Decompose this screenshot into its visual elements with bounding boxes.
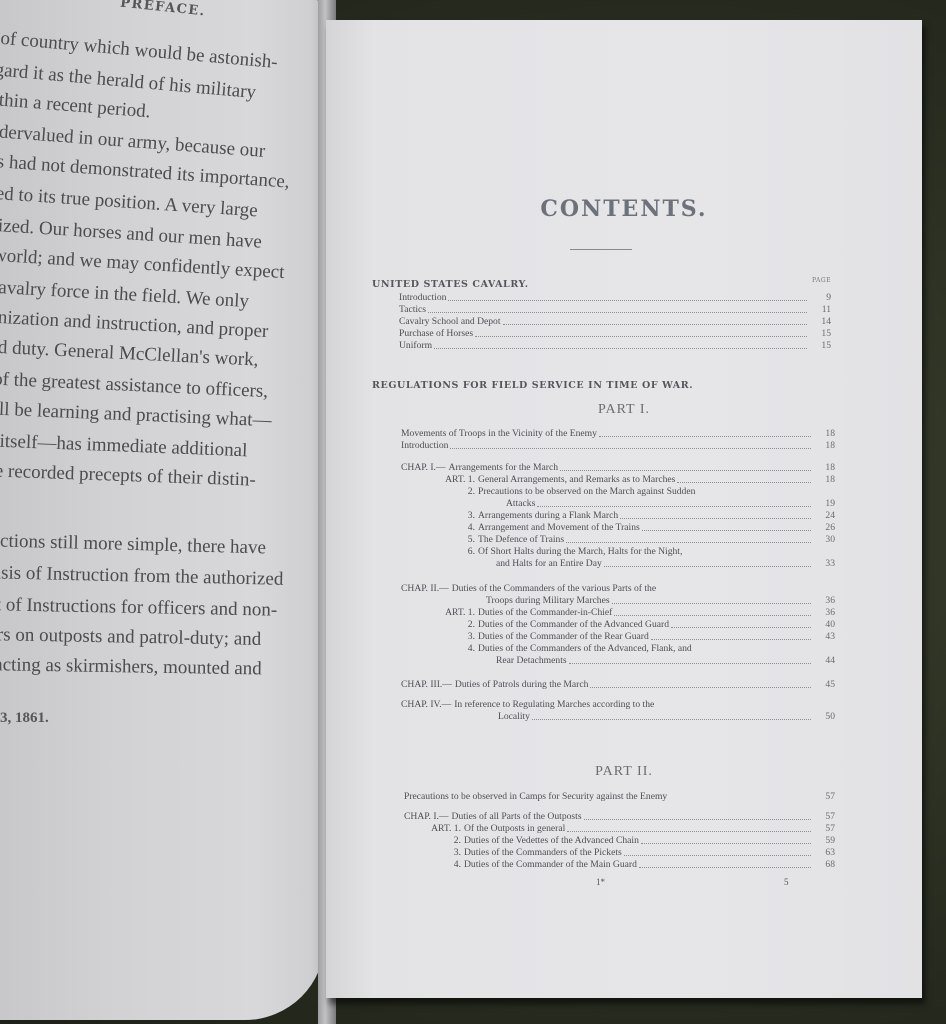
- preface-line: Basis of Instruction from the authorized: [0, 562, 284, 591]
- toc-entry-chapter: CHAP. I.—Duties of all Parts of the Outp…: [404, 811, 813, 822]
- toc-entry: Movements of Troops in the Vicinity of t…: [401, 428, 813, 439]
- toc-entry: Tactics11: [399, 304, 809, 315]
- toc-entry-chapter: CHAP. I.—Arrangements for the March18: [401, 462, 813, 473]
- preface-line: in itself—has immediate additional: [0, 430, 248, 462]
- preface-date: 3, 1861.: [0, 710, 49, 727]
- toc-entry: Precautions to be observed in Camps for …: [404, 791, 813, 802]
- toc-entry-continuation: and Halts for an Entire Day33: [496, 558, 813, 569]
- right-page-contents: CONTENTS. UNITED STATES CAVALRY. PAGE In…: [326, 20, 922, 998]
- part-heading: PART I.: [326, 402, 922, 418]
- toc-entry-chapter: CHAP. III.—Duties of Patrols during the …: [401, 679, 813, 690]
- table-of-contents: UNITED STATES CAVALRY. PAGE Introduction…: [326, 20, 922, 998]
- preface-line: y acting as skirmishers, mounted and: [0, 654, 262, 680]
- toc-entry-chapter: CHAP. IV.—In reference to Regulating Mar…: [401, 699, 813, 710]
- preface-line: l cavalry force in the field. We only: [0, 276, 249, 313]
- preface-line: within a recent period.: [0, 88, 151, 123]
- toc-entry-article: 2.Duties of the Commander of the Advance…: [426, 619, 813, 630]
- toc-entry-continuation: Locality50: [498, 711, 813, 722]
- toc-entry-continuation: Attacks19: [506, 498, 813, 509]
- preface-line: will be learning and practising what—: [0, 398, 272, 432]
- preface-line: the recorded precepts of their distin-: [0, 460, 256, 492]
- section-heading: REGULATIONS FOR FIELD SERVICE IN TIME OF…: [372, 380, 693, 391]
- toc-entry-article: ART. 1.Of the Outposts in general57: [431, 823, 813, 834]
- toc-entry: Cavalry School and Depot14: [399, 316, 809, 327]
- toc-entry-article: ART. 1.General Arrangements, and Remarks…: [426, 474, 813, 485]
- toc-entry-continuation: Troops during Military Marches36: [486, 595, 813, 606]
- section-heading: UNITED STATES CAVALRY.: [372, 279, 529, 290]
- page-number: 5: [784, 877, 789, 887]
- page-column-label: PAGE: [812, 277, 831, 284]
- preface-line: irections still more simple, there have: [0, 530, 266, 559]
- toc-entry-article: 3.Arrangements during a Flank March24: [426, 510, 813, 521]
- toc-entry-article: 2.Precautions to be observed on the Marc…: [426, 486, 813, 497]
- toc-entry-article: 5.The Defence of Trains30: [426, 534, 813, 545]
- signature-mark: 1*: [596, 877, 605, 887]
- toc-entry-article: 4.Duties of the Commander of the Main Gu…: [431, 859, 813, 870]
- preface-line: and duty. General McClellan's work,: [0, 336, 259, 372]
- toc-entry-article: 6.Of Short Halts during the March, Halts…: [426, 546, 813, 557]
- toc-entry-article: 3.Duties of the Commanders of the Picket…: [431, 847, 813, 858]
- toc-entry: Purchase of Horses15: [399, 328, 809, 339]
- toc-entry-article: 2.Duties of the Vedettes of the Advanced…: [431, 835, 813, 846]
- toc-entry-article: 4.Arrangement and Movement of the Trains…: [426, 522, 813, 533]
- left-page-preface: PREFACE. es of country which would be as…: [0, 0, 325, 1020]
- preface-line: e of the greatest assistance to officers…: [0, 368, 268, 403]
- preface-line: cers on outposts and patrol-duty; and: [0, 624, 261, 651]
- toc-entry: Introduction9: [399, 292, 809, 303]
- toc-entry-continuation: Rear Detachments44: [496, 655, 813, 666]
- toc-entry-article: ART. 1.Duties of the Commander-in-Chief3…: [426, 607, 813, 618]
- toc-entry-article: 4.Duties of the Commanders of the Advanc…: [426, 643, 813, 654]
- part-heading: PART II.: [326, 764, 922, 780]
- toc-entry-chapter: CHAP. II.—Duties of the Commanders of th…: [401, 583, 813, 594]
- toc-entry-article: 3.Duties of the Commander of the Rear Gu…: [426, 631, 813, 642]
- preface-line: set of Instructions for officers and non…: [0, 594, 277, 622]
- toc-entry: Introduction18: [401, 440, 813, 451]
- running-head: PREFACE.: [119, 0, 206, 19]
- toc-entry: Uniform15: [399, 340, 809, 351]
